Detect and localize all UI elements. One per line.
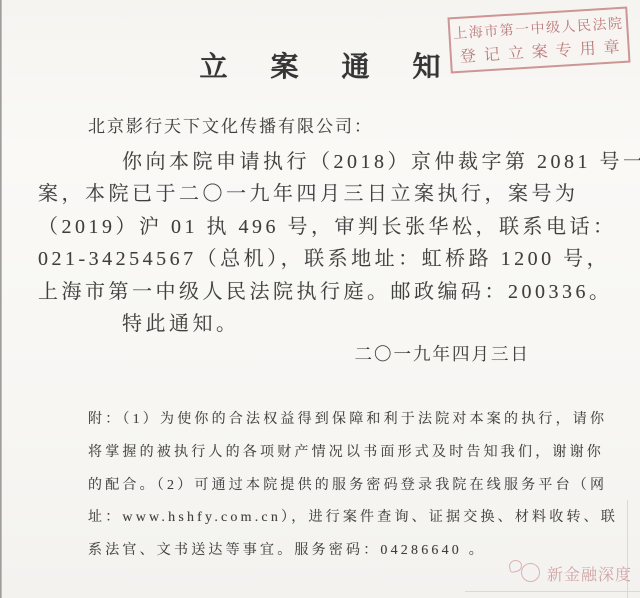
body-line-5: 上海市第一中级人民法院执行庭。邮政编码：200336。 [38,276,613,308]
court-registration-stamp: 上海市第一中级人民法院 登记立案专用章 [447,7,630,74]
note-line-2: 将掌握的被执行人的各项财产情况以书面形式及时告知我们，谢谢你 [88,437,618,470]
body-line-6: 特此通知。 [38,308,613,340]
body-line-3: （2019）沪 01 执 496 号，审判长张华松，联系电话： [38,211,613,243]
brand-logo-icon [508,559,540,587]
notice-body: 你向本院申请执行（2018）京仲裁字第 2081 号一 案，本院已于二〇一九年四… [38,146,613,340]
body-line-4: 021-34254567（总机），联系地址：虹桥路 1200 号， [38,243,613,275]
brand-name: 新金融深度 [547,562,632,585]
note-line-1: 附：（1）为使你的合法权益得到保障和利于法院对本案的执行，请你 [88,404,618,437]
body-line-1: 你向本院申请执行（2018）京仲裁字第 2081 号一 [38,146,613,178]
addressee-line: 北京影行天下文化传播有限公司： [88,112,373,137]
note-line-4: 址：www.hshfy.com.cn），进行案件查询、证据交换、材料收转、联 [88,502,618,535]
document-date: 二〇一九年四月三日 [355,341,531,366]
brand-watermark: 新金融深度 [508,557,632,589]
note-line-3: 的配合。（2）可通过本院提供的服务密码登录我院在线服务平台（网 [88,470,618,503]
scan-edge-shadow [0,0,2,598]
attachment-notes: 附：（1）为使你的合法权益得到保障和利于法院对本案的执行，请你 将掌握的被执行人… [88,404,618,568]
scan-fold-line-horizontal [465,591,640,592]
document-page: 立 案 通 知 上海市第一中级人民法院 登记立案专用章 北京影行天下文化传播有限… [0,0,640,598]
body-line-2: 案，本院已于二〇一九年四月三日立案执行，案号为 [38,178,613,210]
